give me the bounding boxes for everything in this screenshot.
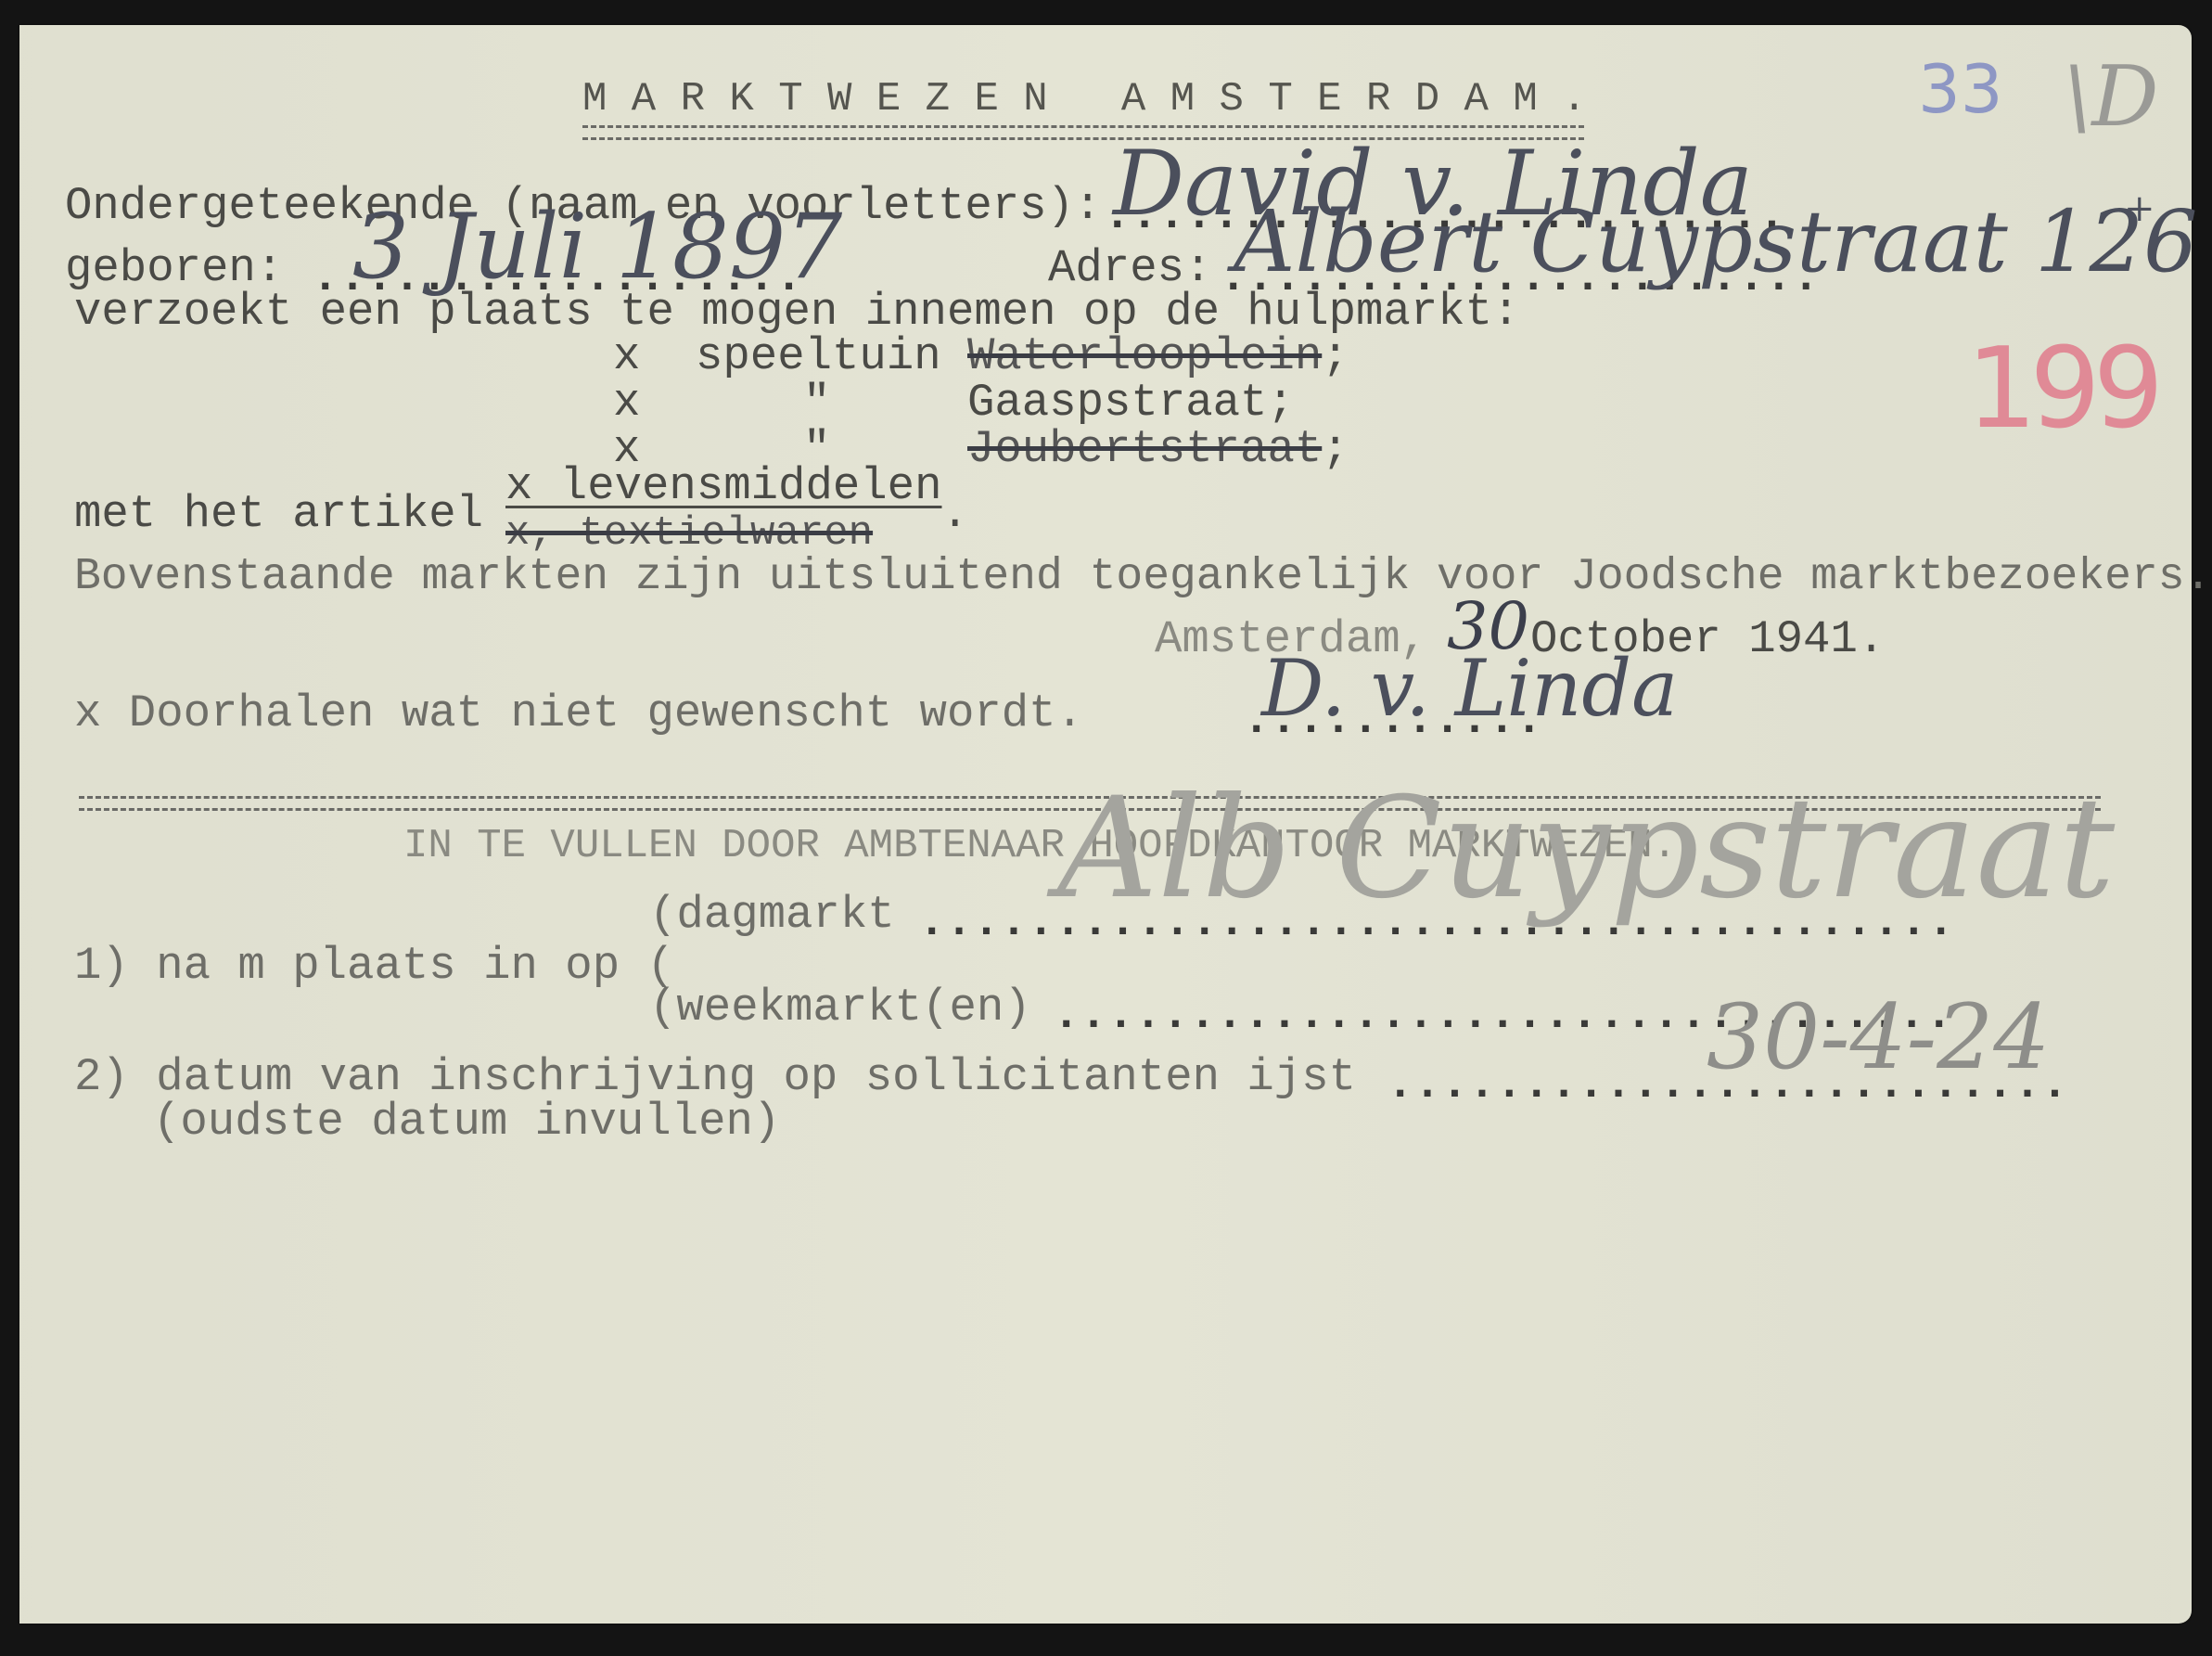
market-3-suffix: ; [1322, 427, 1349, 472]
q1-handwritten-value[interactable]: Alb Cuypstraat [1057, 779, 2115, 918]
q2-label: 2) datum van inschrijving op sollicitant… [74, 1055, 1356, 1100]
born-label: geboren: [65, 246, 283, 291]
pencil-mark: \D [2064, 56, 2158, 139]
article-label: met het artikel [74, 492, 483, 537]
footnote-text: x Doorhalen wat niet gewenscht wordt. [74, 691, 1083, 737]
market-1-type: speeltuin [696, 334, 941, 379]
born-value[interactable]: 3 Juli 1897 [352, 202, 842, 291]
archive-number-red: 199 [1966, 334, 2156, 445]
request-text: verzoekt een plaats te mogen innemen op … [74, 289, 1519, 335]
market-2-location: Gaaspstraat [967, 380, 1267, 426]
market-1-suffix: ; [1322, 334, 1349, 379]
market-2-marker: x [613, 380, 640, 426]
signature[interactable]: D. v. Linda [1261, 649, 1678, 727]
q1-dagmarkt-label: (dagmarkt [649, 892, 895, 938]
article-option-textiles-struck: x, textielwaren [505, 513, 873, 554]
market-3-location-struck: Joubertstraat [967, 427, 1322, 472]
address-value[interactable]: Albert Cuypstraat 126 [1234, 199, 2198, 285]
archive-number-blue: 33 [1918, 56, 2003, 122]
article-option-food: x levensmiddelen [505, 464, 941, 509]
market-1-location-struck: Waterlooplein [967, 334, 1322, 379]
market-2-ditto: " [803, 380, 830, 426]
q1-weekmarkt-label: (weekmarkt(en) [649, 985, 1031, 1031]
q1-label: 1) na m plaats in op ( [74, 944, 674, 989]
q2-handwritten-value[interactable]: 30-4-24 [1707, 993, 2050, 1082]
market-1-marker: x [613, 334, 640, 379]
q2-sublabel: (oudste datum invullen) [153, 1099, 780, 1145]
notice-text: Bovenstaande markten zijn uitsluitend to… [74, 555, 2211, 599]
article-end-period: . [941, 492, 968, 537]
document-title: M A R K T W E Z E N A M S T E R D A M . [582, 79, 1587, 120]
address-label: Adres: [1048, 246, 1211, 291]
market-2-suffix: ; [1267, 380, 1294, 426]
